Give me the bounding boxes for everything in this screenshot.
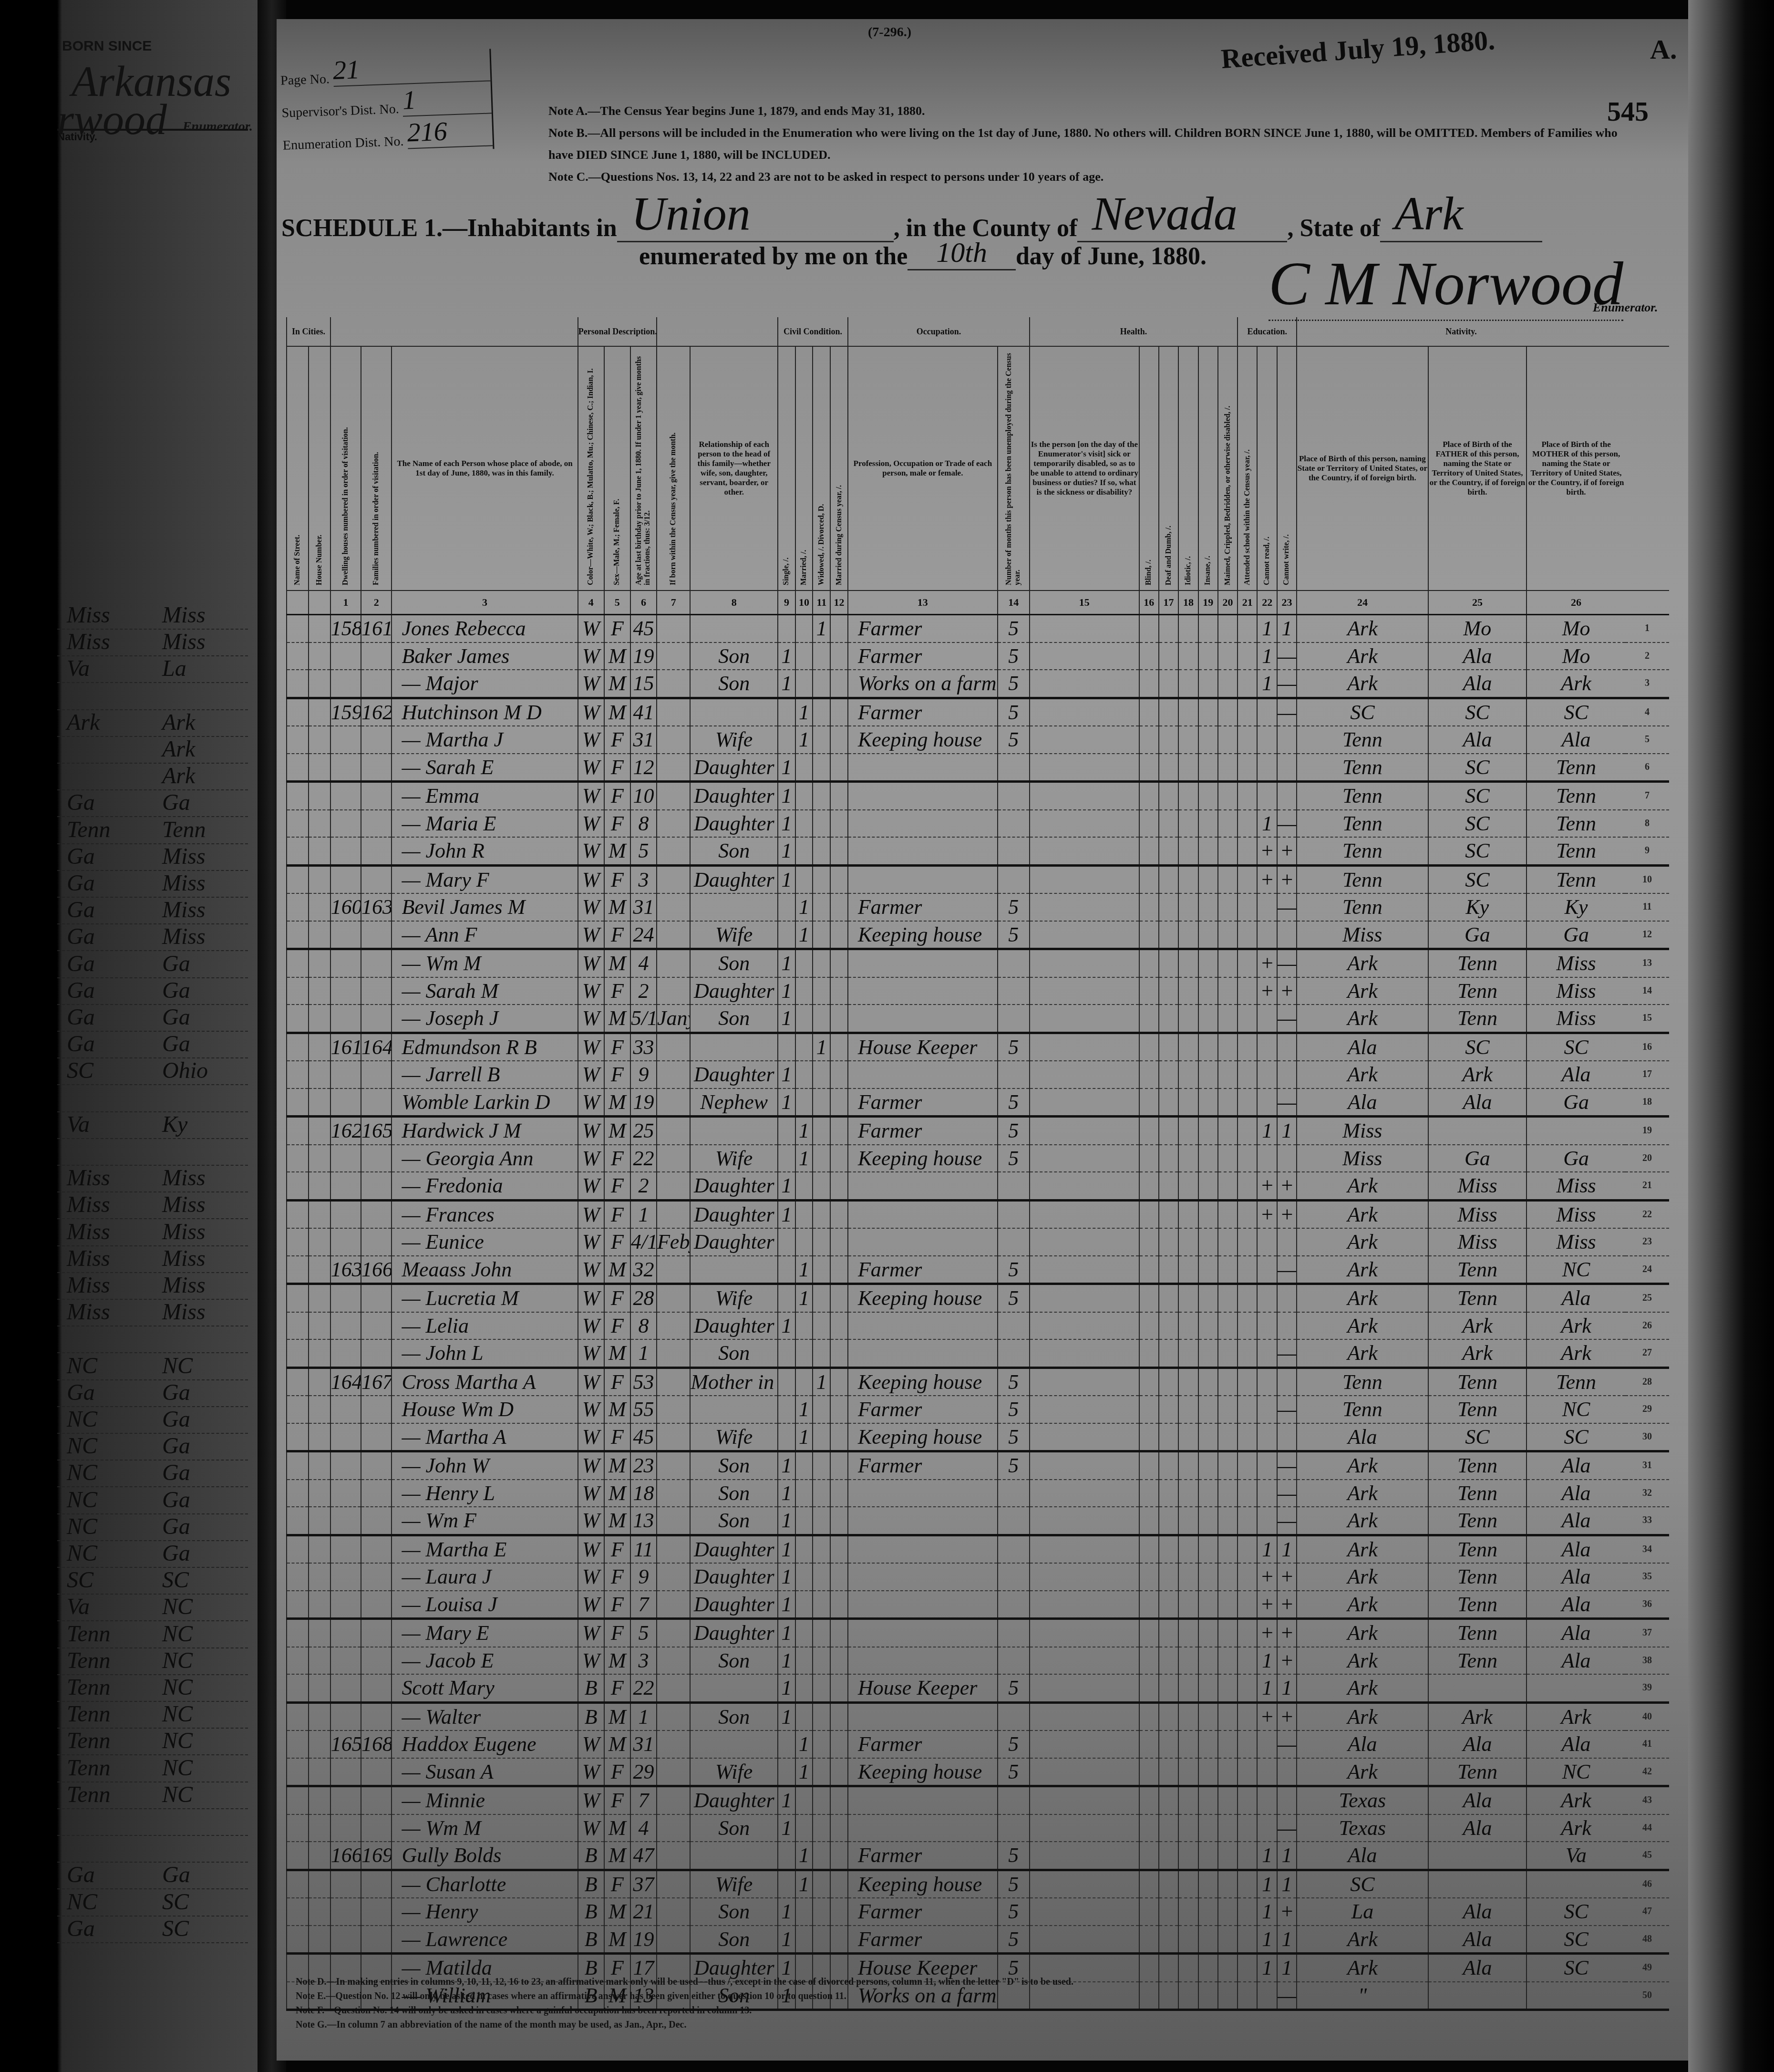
birth-month-cell	[657, 1898, 690, 1926]
mother-birthplace-cell: NC	[1526, 1396, 1625, 1423]
age-cell: 55	[630, 1396, 657, 1423]
insane-cell	[1198, 1228, 1218, 1256]
house-cell	[309, 1786, 330, 1814]
column-number: 15	[1030, 591, 1139, 615]
father-birthplace-cell: SC	[1428, 1033, 1527, 1061]
married-cell	[795, 1674, 813, 1702]
group-header-row: In Cities. Personal Description. Civil C…	[287, 317, 1669, 346]
single-cell	[778, 1339, 795, 1368]
attended-school-cell	[1238, 1535, 1257, 1563]
family-number-cell: 161	[361, 615, 392, 642]
house-cell	[309, 1145, 330, 1172]
sickness-cell	[1030, 1368, 1139, 1396]
note-e: Note E.—Question No. 12 will only be ask…	[296, 1989, 1073, 2003]
column-number: 25	[1428, 591, 1527, 615]
cannot-write-cell	[1277, 726, 1297, 754]
age-cell: 19	[630, 642, 657, 670]
table-row: 162165Hardwick J MWM251Farmer511Miss19	[287, 1117, 1669, 1145]
deaf-dumb-cell	[1159, 1730, 1178, 1758]
married-in-year-cell	[830, 977, 848, 1005]
disabled-cell	[1218, 1061, 1238, 1088]
widowed-cell: 1	[813, 1368, 830, 1396]
single-cell	[778, 1758, 795, 1786]
father-birthplace-cell: Ala	[1428, 1898, 1527, 1926]
married-in-year-cell	[830, 1005, 848, 1033]
blind-cell	[1139, 1619, 1159, 1647]
father-birthplace-cell: Tenn	[1428, 1480, 1527, 1507]
family-number-cell	[361, 1926, 392, 1954]
deaf-dumb-cell	[1159, 1368, 1178, 1396]
relationship-cell	[690, 893, 778, 921]
father-birthplace-cell: Ala	[1428, 726, 1527, 754]
color-cell: W	[578, 1200, 604, 1228]
cannot-write-cell: —	[1277, 642, 1297, 670]
sickness-cell	[1030, 1758, 1139, 1786]
dwelling-number-cell	[330, 1200, 361, 1228]
relationship-cell: Daughter	[690, 1619, 778, 1647]
cannot-write-cell: —	[1277, 1480, 1297, 1507]
left-page-row: VaNC	[57, 1594, 248, 1621]
attended-school-cell	[1238, 1396, 1257, 1423]
months-unemployed-cell	[998, 1172, 1030, 1200]
months-unemployed-cell: 5	[998, 1674, 1030, 1702]
person-name-cell: Scott Mary	[392, 1674, 578, 1702]
birthplace-cell: Texas	[1297, 1814, 1428, 1842]
birth-month-cell	[657, 726, 690, 754]
birth-month-cell	[657, 1312, 690, 1340]
mother-birthplace-cell	[153, 1085, 248, 1111]
street-cell	[287, 1200, 309, 1228]
sex-cell: F	[604, 1786, 630, 1814]
deaf-dumb-cell	[1159, 1954, 1178, 1982]
married-in-year-cell	[830, 865, 848, 893]
column-header-5: Sex—Male, M.; Female, F.	[604, 346, 630, 591]
sex-cell: F	[604, 1591, 630, 1619]
mother-birthplace-cell: SC	[1526, 1033, 1625, 1061]
line-number: 16	[1625, 1033, 1669, 1061]
married-in-year-cell	[830, 1088, 848, 1117]
married-cell	[795, 1563, 813, 1591]
married-cell	[795, 949, 813, 977]
column-number: 11	[813, 591, 830, 615]
father-birthplace-cell: Va	[57, 1111, 153, 1138]
dwelling-number-cell	[330, 1674, 361, 1702]
table-row: — Jacob EWM3Son11+ArkTennAla38	[287, 1647, 1669, 1675]
widowed-cell	[813, 1730, 830, 1758]
married-in-year-cell	[830, 1061, 848, 1088]
widowed-cell	[813, 1647, 830, 1675]
father-birthplace-cell: Tenn	[57, 817, 153, 843]
left-page-row: MissMiss	[57, 602, 248, 630]
idiotic-cell	[1178, 977, 1198, 1005]
married-cell	[795, 865, 813, 893]
sickness-cell	[1030, 1423, 1139, 1451]
table-row: — Wm FWM13Son1—ArkTennAla33	[287, 1507, 1669, 1535]
column-number: 5	[604, 591, 630, 615]
enumerator-label: Enumerator.	[1593, 300, 1658, 315]
father-birthplace-cell: Ga	[57, 897, 153, 923]
married-in-year-cell	[830, 1898, 848, 1926]
deaf-dumb-cell	[1159, 893, 1178, 921]
line-number: 5	[1625, 726, 1669, 754]
mother-birthplace-cell	[1526, 1674, 1625, 1702]
dwelling-number-cell: 166	[330, 1842, 361, 1870]
insane-cell	[1198, 1954, 1218, 1982]
married-in-year-cell	[830, 1312, 848, 1340]
mother-birthplace-cell: NC	[1526, 1256, 1625, 1284]
deaf-dumb-cell	[1159, 1702, 1178, 1730]
father-birthplace-cell: SC	[1428, 837, 1527, 865]
widowed-cell	[813, 1480, 830, 1507]
insane-cell	[1198, 893, 1218, 921]
sex-cell: F	[604, 1423, 630, 1451]
months-unemployed-cell	[998, 977, 1030, 1005]
idiotic-cell	[1178, 1674, 1198, 1702]
color-cell: W	[578, 1145, 604, 1172]
mother-birthplace-cell: Ga	[153, 1862, 248, 1888]
disabled-cell	[1218, 1674, 1238, 1702]
blind-cell	[1139, 1507, 1159, 1535]
widowed-cell: 1	[813, 615, 830, 642]
birth-month-cell	[657, 893, 690, 921]
column-header-label: Married during Census year, /.	[835, 352, 844, 585]
cannot-read-cell	[1257, 1368, 1277, 1396]
months-unemployed-cell	[998, 1786, 1030, 1814]
cannot-write-cell: +	[1277, 837, 1297, 865]
family-number-cell	[361, 726, 392, 754]
family-number-cell	[361, 837, 392, 865]
note-f: Note F.—Question No. 14 will only be ask…	[296, 2003, 1073, 2018]
father-birthplace-cell: Ga	[1428, 921, 1527, 949]
idiotic-cell	[1178, 698, 1198, 726]
married-cell	[795, 1814, 813, 1842]
father-birthplace-cell: Tenn	[1428, 1256, 1527, 1284]
column-header-15: Is the person [on the day of the Enumera…	[1030, 346, 1139, 591]
birth-month-cell	[657, 1591, 690, 1619]
sex-cell: M	[604, 1898, 630, 1926]
months-unemployed-cell: 5	[998, 615, 1030, 642]
mother-birthplace-cell: Ga	[153, 951, 248, 977]
age-cell: 5	[630, 837, 657, 865]
cannot-write-cell	[1277, 1061, 1297, 1088]
relationship-cell: Son	[690, 1451, 778, 1480]
father-birthplace-cell: Ga	[57, 1031, 153, 1057]
column-header-12: Married during Census year, /.	[830, 346, 848, 591]
widowed-cell	[813, 1870, 830, 1898]
page-no-label: Page No.	[280, 72, 330, 89]
mother-birthplace-cell: SC	[153, 1567, 248, 1594]
blind-cell	[1139, 1228, 1159, 1256]
page-letter: A.	[1650, 33, 1677, 65]
table-row: — Laura JWF9Daughter1++ArkTennAla35	[287, 1563, 1669, 1591]
house-cell	[309, 1396, 330, 1423]
table-row: 159162Hutchinson M DWM411Farmer5—SCSCSC4	[287, 698, 1669, 726]
census-table: In Cities. Personal Description. Civil C…	[286, 317, 1669, 2011]
table-row: — EuniceWF4/12FebyDaughterArkMissMiss23	[287, 1228, 1669, 1256]
left-page-row	[57, 1835, 248, 1863]
cannot-read-cell: +	[1257, 1591, 1277, 1619]
married-in-year-cell	[830, 642, 848, 670]
disabled-cell	[1218, 837, 1238, 865]
idiotic-cell	[1178, 1730, 1198, 1758]
left-page-row: GaGa	[57, 789, 248, 817]
relationship-cell: Daughter	[690, 754, 778, 782]
months-unemployed-cell: 5	[998, 698, 1030, 726]
mother-birthplace-cell: NC	[153, 1755, 248, 1782]
disabled-cell	[1218, 754, 1238, 782]
street-cell	[287, 1870, 309, 1898]
sickness-cell	[1030, 1507, 1139, 1535]
blind-cell	[1139, 1842, 1159, 1870]
father-birthplace-cell	[1428, 1674, 1527, 1702]
birth-month-cell	[657, 1088, 690, 1117]
blind-cell	[1139, 1702, 1159, 1730]
father-birthplace-cell: NC	[57, 1353, 153, 1379]
father-birthplace-cell: Ga	[1428, 1145, 1527, 1172]
person-name-cell: Bevil James M	[392, 893, 578, 921]
cannot-write-cell: —	[1277, 949, 1297, 977]
cannot-read-cell: 1	[1257, 1117, 1277, 1145]
birthplace-cell: Ark	[1297, 1061, 1428, 1088]
deaf-dumb-cell	[1159, 1033, 1178, 1061]
street-cell	[287, 1535, 309, 1563]
father-birthplace-cell: Tenn	[57, 1621, 153, 1647]
widowed-cell	[813, 1117, 830, 1145]
column-header-19: Insane, /.	[1198, 346, 1218, 591]
house-cell	[309, 726, 330, 754]
house-cell	[309, 1814, 330, 1842]
color-cell: W	[578, 1535, 604, 1563]
married-in-year-cell	[830, 893, 848, 921]
birthplace-cell: Tenn	[1297, 865, 1428, 893]
age-cell: 7	[630, 1591, 657, 1619]
family-number-cell	[361, 1563, 392, 1591]
line-number: 44	[1625, 1814, 1669, 1842]
deaf-dumb-cell	[1159, 1898, 1178, 1926]
married-in-year-cell	[830, 1284, 848, 1312]
birth-month-cell	[657, 642, 690, 670]
deaf-dumb-cell	[1159, 1200, 1178, 1228]
cannot-write-cell: +	[1277, 1647, 1297, 1675]
single-cell	[778, 1033, 795, 1061]
father-birthplace-cell: Tenn	[1428, 1368, 1527, 1396]
sex-cell: F	[604, 1145, 630, 1172]
family-number-cell	[361, 1005, 392, 1033]
left-page-row: NCGa	[57, 1540, 248, 1568]
married-in-year-cell	[830, 1674, 848, 1702]
deaf-dumb-cell	[1159, 698, 1178, 726]
attended-school-cell	[1238, 1368, 1257, 1396]
mother-birthplace-cell: NC	[153, 1353, 248, 1379]
blind-cell	[1139, 615, 1159, 642]
column-header-8: Relationship of each person to the head …	[690, 346, 778, 591]
sickness-cell	[1030, 1033, 1139, 1061]
disabled-cell	[1218, 698, 1238, 726]
deaf-dumb-cell	[1159, 810, 1178, 838]
idiotic-cell	[1178, 1088, 1198, 1117]
father-birthplace-cell	[1428, 1870, 1527, 1898]
house-cell	[309, 1256, 330, 1284]
birthplace-cell: Miss	[1297, 1117, 1428, 1145]
house-cell	[309, 1563, 330, 1591]
birthplace-cell: Ark	[1297, 1954, 1428, 1982]
single-cell	[778, 1423, 795, 1451]
disabled-cell	[1218, 921, 1238, 949]
sickness-cell	[1030, 1563, 1139, 1591]
mother-birthplace-cell: Ala	[1526, 1451, 1625, 1480]
cannot-write-cell: —	[1277, 1730, 1297, 1758]
attended-school-cell	[1238, 1145, 1257, 1172]
married-in-year-cell	[830, 1730, 848, 1758]
occupation-cell: Farmer	[848, 1451, 998, 1480]
married-in-year-cell	[830, 1591, 848, 1619]
birth-month-cell	[657, 1870, 690, 1898]
house-cell	[309, 1619, 330, 1647]
deaf-dumb-cell	[1159, 1591, 1178, 1619]
father-birthplace-cell: Miss	[57, 602, 153, 629]
street-cell	[287, 698, 309, 726]
line-number: 25	[1625, 1284, 1669, 1312]
birth-month-cell	[657, 1339, 690, 1368]
cannot-read-cell: +	[1257, 1172, 1277, 1200]
mother-birthplace-cell: Tenn	[1526, 837, 1625, 865]
single-cell: 1	[778, 1647, 795, 1675]
relationship-cell	[690, 615, 778, 642]
married-cell	[795, 1339, 813, 1368]
family-number-cell: 166	[361, 1256, 392, 1284]
table-row: 161164Edmundson R BWF331House Keeper5Ala…	[287, 1033, 1669, 1061]
insane-cell	[1198, 642, 1218, 670]
blind-cell	[1139, 921, 1159, 949]
cannot-read-cell: 1	[1257, 1954, 1277, 1982]
family-number-cell	[361, 1228, 392, 1256]
occupation-cell	[848, 754, 998, 782]
married-in-year-cell	[830, 1758, 848, 1786]
cannot-write-cell	[1277, 921, 1297, 949]
street-cell	[287, 1758, 309, 1786]
single-cell	[778, 921, 795, 949]
left-page-row: GaGa	[57, 977, 248, 1005]
dwelling-number-cell	[330, 1423, 361, 1451]
married-cell: 1	[795, 1870, 813, 1898]
blind-cell	[1139, 1786, 1159, 1814]
married-cell	[795, 1312, 813, 1340]
deaf-dumb-cell	[1159, 1842, 1178, 1870]
family-number-cell	[361, 1061, 392, 1088]
birth-month-cell	[657, 1842, 690, 1870]
married-in-year-cell	[830, 1507, 848, 1535]
sex-cell: F	[604, 1200, 630, 1228]
dwelling-number-cell	[330, 1312, 361, 1340]
married-in-year-cell	[830, 782, 848, 810]
enumerated-day: 10th	[908, 236, 1016, 270]
cannot-write-cell	[1277, 782, 1297, 810]
months-unemployed-cell	[998, 1702, 1030, 1730]
left-page-row: TennNC	[57, 1621, 248, 1648]
blind-cell	[1139, 1730, 1159, 1758]
column-number: 16	[1139, 591, 1159, 615]
person-name-cell: — Martha J	[392, 726, 578, 754]
idiotic-cell	[1178, 1117, 1198, 1145]
relationship-cell: Daughter	[690, 1591, 778, 1619]
birthplace-cell: Miss	[1297, 1145, 1428, 1172]
dwelling-number-cell	[330, 726, 361, 754]
cannot-write-cell: 1	[1277, 1674, 1297, 1702]
relationship-cell: Wife	[690, 921, 778, 949]
age-cell: 31	[630, 1730, 657, 1758]
color-cell: W	[578, 1088, 604, 1117]
person-name-cell: Womble Larkin D	[392, 1088, 578, 1117]
father-birthplace-cell: Mo	[1428, 615, 1527, 642]
attended-school-cell	[1238, 1033, 1257, 1061]
house-cell	[309, 782, 330, 810]
cannot-read-cell	[1257, 1814, 1277, 1842]
column-number: 12	[830, 591, 848, 615]
disabled-cell	[1218, 1145, 1238, 1172]
left-page-row: NCGa	[57, 1513, 248, 1541]
note-b: Note B.—All persons will be included in …	[548, 122, 1645, 166]
sickness-cell	[1030, 1396, 1139, 1423]
dwelling-number-cell	[330, 837, 361, 865]
column-header-label: Name of Street.	[293, 352, 302, 585]
cannot-write-cell: —	[1277, 1339, 1297, 1368]
birthplace-cell: Ark	[1297, 977, 1428, 1005]
idiotic-cell	[1178, 1284, 1198, 1312]
dwelling-number-cell	[330, 921, 361, 949]
age-cell: 1	[630, 1339, 657, 1368]
months-unemployed-cell	[998, 1228, 1030, 1256]
deaf-dumb-cell	[1159, 615, 1178, 642]
attended-school-cell	[1238, 1591, 1257, 1619]
idiotic-cell	[1178, 670, 1198, 698]
father-birthplace-cell: Miss	[57, 1165, 153, 1191]
idiotic-cell	[1178, 1145, 1198, 1172]
sex-cell: F	[604, 921, 630, 949]
column-header-label: If born within the Census year, give the…	[669, 352, 678, 585]
line-number: 42	[1625, 1758, 1669, 1786]
mother-birthplace-cell	[153, 683, 248, 709]
line-number: 4	[1625, 698, 1669, 726]
sickness-cell	[1030, 1005, 1139, 1033]
mother-birthplace-cell: Ala	[1526, 726, 1625, 754]
widowed-cell	[813, 1284, 830, 1312]
column-number: 14	[998, 591, 1030, 615]
disabled-cell	[1218, 782, 1238, 810]
mother-birthplace-cell: Ark	[1526, 1339, 1625, 1368]
table-row: — EmmaWF10Daughter1TennSCTenn7	[287, 782, 1669, 810]
father-birthplace-cell: Ark	[1428, 1061, 1527, 1088]
married-in-year-cell	[830, 1870, 848, 1898]
single-cell: 1	[778, 977, 795, 1005]
insane-cell	[1198, 1982, 1218, 2010]
father-birthplace-cell	[57, 1808, 153, 1835]
months-unemployed-cell	[998, 1005, 1030, 1033]
mother-birthplace-cell: Ga	[153, 1487, 248, 1513]
table-row: — CharlotteBF37Wife1Keeping house511SC46	[287, 1870, 1669, 1898]
insane-cell	[1198, 921, 1218, 949]
relationship-cell: Wife	[690, 1145, 778, 1172]
column-header-10: Married, /.	[795, 346, 813, 591]
single-cell	[778, 726, 795, 754]
family-number-cell	[361, 1339, 392, 1368]
house-cell	[309, 1451, 330, 1480]
house-cell	[309, 1339, 330, 1368]
blind-cell	[1139, 698, 1159, 726]
table-row: — Maria EWF8Daughter11—TennSCTenn8	[287, 810, 1669, 838]
age-cell: 18	[630, 1480, 657, 1507]
left-page-row: GaMiss	[57, 923, 248, 951]
birthplace-cell: Ark	[1297, 1200, 1428, 1228]
